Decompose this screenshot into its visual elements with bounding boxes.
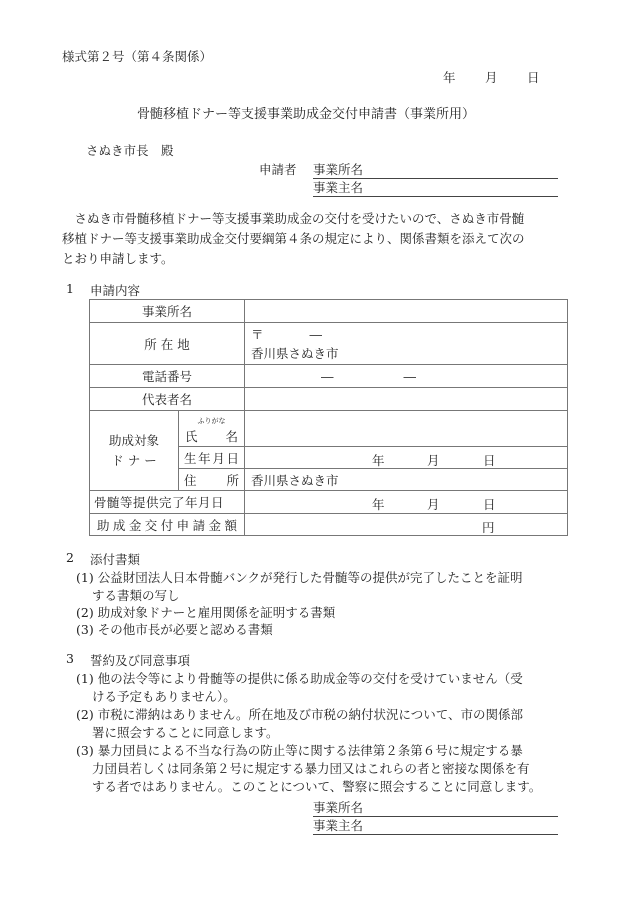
pledge-item-3-cont: 力団員若しくは同条第２号に規定する暴力団又はこれらの者と密接な関係を有 — [92, 760, 530, 778]
item-number: (1) — [76, 570, 94, 585]
donor-label-line2: ド ナ ー — [96, 451, 172, 471]
representative-label: 代表者名 — [90, 388, 245, 411]
application-table: 事業所名 所 在 地 〒― 香川県さぬき市 電話番号 ―― 代表者名 助成対象 … — [89, 299, 568, 536]
date-month-label: 月 — [485, 68, 498, 86]
amount-input[interactable]: 円 — [245, 514, 568, 536]
section1-heading: 申請内容 — [90, 281, 140, 299]
item-number: (2) — [76, 605, 94, 620]
pledge-item-3: (3) 暴力団員による不当な行為の防止等に関する法律第２条第６号に規定する暴 — [76, 742, 523, 760]
section2-heading: 添付書類 — [90, 550, 140, 568]
location-prefix: 香川県さぬき市 — [251, 344, 561, 363]
date-day-label: 日 — [527, 68, 540, 86]
address-prefix: 香川県さぬき市 — [251, 473, 339, 488]
completion-date-input[interactable]: 年 月 日 — [245, 491, 568, 514]
signature-owner-name-field[interactable]: 事業主名 — [313, 816, 558, 835]
pledge-item-1-cont: ける予定もありません）。 — [92, 688, 236, 706]
office-name-input[interactable] — [245, 300, 568, 323]
amount-yen: 円 — [482, 518, 495, 536]
item-text: 助成対象ドナーと雇用関係を証明する書類 — [98, 605, 336, 620]
completion-date-label: 骨髄等提供完了年月日 — [90, 491, 245, 514]
section3-heading: 誓約及び同意事項 — [90, 651, 190, 669]
phone-dash-2: ― — [404, 369, 417, 384]
addressee: さぬき市長 殿 — [86, 141, 174, 159]
section1-number: 1 — [66, 281, 74, 296]
item-number: (1) — [76, 671, 94, 686]
donor-name-label-cell: ふりがな 氏 名 — [179, 411, 245, 447]
pledge-item-3-cont2: する者ではありません。このことについて、警察に照会することに同意します。 — [92, 778, 541, 796]
applicant-office-name-label: 事業所名 — [313, 162, 363, 177]
item-text: 公益財団法人日本骨髄バンクが発行した骨髄等の提供が完了したことを証明 — [98, 570, 523, 585]
location-label: 所 在 地 — [90, 323, 245, 365]
completion-day: 日 — [483, 495, 496, 513]
item-number: (3) — [76, 622, 94, 637]
address-input[interactable]: 香川県さぬき市 — [245, 469, 568, 491]
item-number: (2) — [76, 707, 94, 722]
birthdate-month: 月 — [427, 451, 440, 469]
attachment-item-3: (3) その他市長が必要と認める書類 — [76, 621, 273, 639]
item-text: 他の法令等により骨髄等の提供に係る助成金等の交付を受けていません（受 — [98, 671, 523, 686]
item-number: (3) — [76, 743, 94, 758]
applicant-owner-name-field[interactable]: 事業主名 — [313, 178, 558, 197]
intro-line: さぬき市骨髄移植ドナー等支援事業助成金の交付を受けたいので、さぬき市骨髄 — [62, 209, 572, 229]
postal-mark: 〒 — [251, 327, 264, 342]
attachment-item-2: (2) 助成対象ドナーと雇用関係を証明する書類 — [76, 604, 335, 622]
intro-line: とおり申請します。 — [62, 249, 572, 269]
completion-month: 月 — [427, 495, 440, 513]
section3-number: 3 — [66, 651, 74, 666]
item-text: 暴力団員による不当な行為の防止等に関する法律第２条第６号に規定する暴 — [98, 743, 523, 758]
pledge-item-2-cont: 署に照会することに同意します。 — [92, 724, 279, 742]
applicant-label: 申請者 — [259, 160, 297, 178]
attachment-item-1: (1) 公益財団法人日本骨髄バンクが発行した骨髄等の提供が完了したことを証明 — [76, 569, 522, 587]
intro-paragraph: さぬき市骨髄移植ドナー等支援事業助成金の交付を受けたいので、さぬき市骨髄 移植ド… — [62, 209, 572, 269]
birthdate-day: 日 — [483, 451, 496, 469]
address-label: 住 所 — [179, 469, 245, 491]
attachment-item-1-cont: する書類の写し — [92, 587, 180, 605]
pledge-item-1: (1) 他の法令等により骨髄等の提供に係る助成金等の交付を受けていません（受 — [76, 670, 523, 688]
item-text: 市税に滞納はありません。所在地及び市税の納付状況について、市の関係部 — [98, 707, 523, 722]
item-text: その他市長が必要と認める書類 — [98, 622, 273, 637]
signature-owner-name-label: 事業主名 — [313, 818, 363, 833]
applicant-owner-name-label: 事業主名 — [313, 180, 363, 195]
postal-dash: ― — [310, 327, 323, 342]
office-name-label: 事業所名 — [90, 300, 245, 323]
section2-number: 2 — [66, 550, 74, 565]
intro-line: 移植ドナー等支援事業助成金交付要綱第４条の規定により、関係書類を添えて次の — [62, 229, 572, 249]
birthdate-label: 生年月日 — [179, 447, 245, 469]
representative-input[interactable] — [245, 388, 568, 411]
birthdate-year: 年 — [372, 451, 385, 469]
donor-label-line1: 助成対象 — [96, 431, 172, 451]
applicant-office-name-field[interactable]: 事業所名 — [313, 160, 558, 179]
amount-label: 助成金交付申請金額 — [90, 514, 245, 536]
phone-input[interactable]: ―― — [245, 365, 568, 388]
phone-dash-1: ― — [321, 369, 334, 384]
form-number: 様式第２号（第４条関係） — [62, 47, 212, 65]
phone-label: 電話番号 — [90, 365, 245, 388]
donor-label: 助成対象 ド ナ ー — [90, 411, 179, 491]
donor-name-input[interactable] — [245, 411, 568, 447]
date-year-label: 年 — [443, 68, 456, 86]
completion-year: 年 — [372, 495, 385, 513]
document-title: 骨髄移植ドナー等支援事業助成金交付申請書（事業所用） — [137, 103, 475, 122]
donor-name-label: 氏 名 — [183, 428, 240, 446]
signature-office-name-field[interactable]: 事業所名 — [313, 798, 558, 817]
furigana-label: ふりがな — [183, 414, 240, 428]
birthdate-input[interactable]: 年 月 日 — [245, 447, 568, 469]
location-input[interactable]: 〒― 香川県さぬき市 — [245, 323, 568, 365]
pledge-item-2: (2) 市税に滞納はありません。所在地及び市税の納付状況について、市の関係部 — [76, 706, 523, 724]
signature-office-name-label: 事業所名 — [313, 800, 363, 815]
